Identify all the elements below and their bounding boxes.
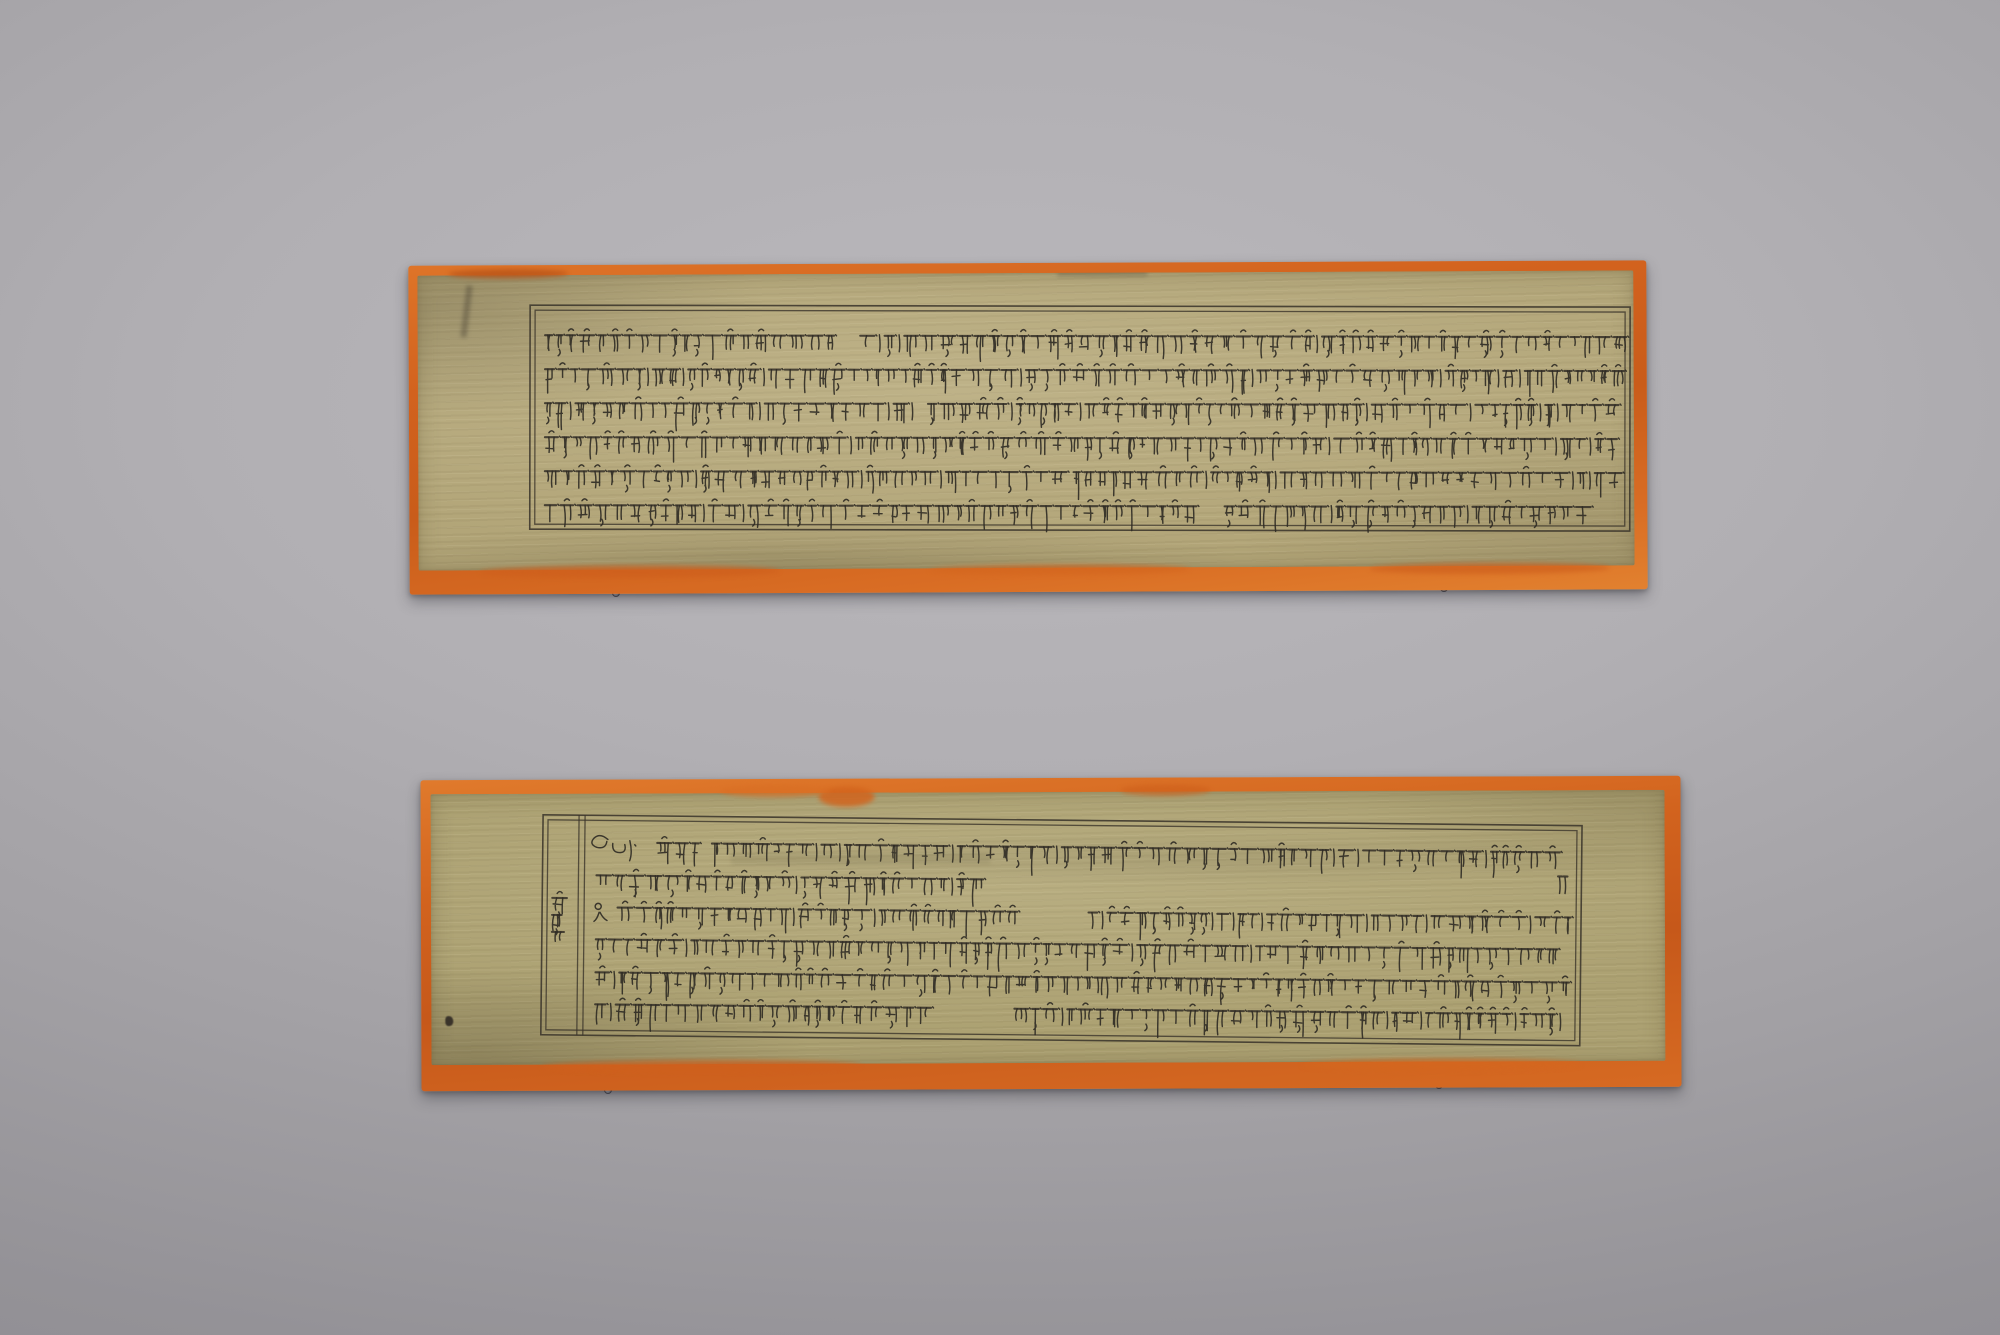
upper-folio-text-block [417, 270, 1634, 570]
orange-brush-edge [1370, 562, 1610, 574]
margin-divider-rule [583, 815, 585, 1035]
orange-brush-edge [480, 565, 780, 578]
margin-divider-rule [577, 815, 579, 1035]
upper-folio: གཅིག་ཅམ་མ་གཏོགས་གཞན་ལ་འདི་མ་མཆིས་སོ། །ལུ… [408, 260, 1647, 594]
orange-brush-edge [1301, 1058, 1581, 1071]
upper-folio-paper [417, 270, 1634, 570]
script-body-strokes [551, 835, 1574, 1042]
lower-folio: ༄༅། ། ཕུད༔ ཡིན་པས། སངས་རྒྱས་ཀྱི་ཆོས་དེ་ཉ… [420, 776, 1681, 1091]
fiber-streak [731, 852, 991, 865]
orange-brush-edge [930, 564, 1190, 575]
lower-folio-paper [431, 790, 1666, 1065]
frame-inner-rule [546, 820, 1577, 1041]
photo-background: གཅིག་ཅམ་མ་གཏོགས་གཞན་ལ་འདི་མ་མཆིས་སོ། །ལུ… [0, 0, 2000, 1335]
script-head-strokes [551, 842, 1571, 1015]
dark-speck [445, 1016, 453, 1026]
lower-folio-text-block [431, 790, 1666, 1065]
orange-brush-edge [541, 1060, 861, 1073]
fiber-streak [1057, 270, 1147, 277]
script-body-strokes [546, 329, 1629, 533]
